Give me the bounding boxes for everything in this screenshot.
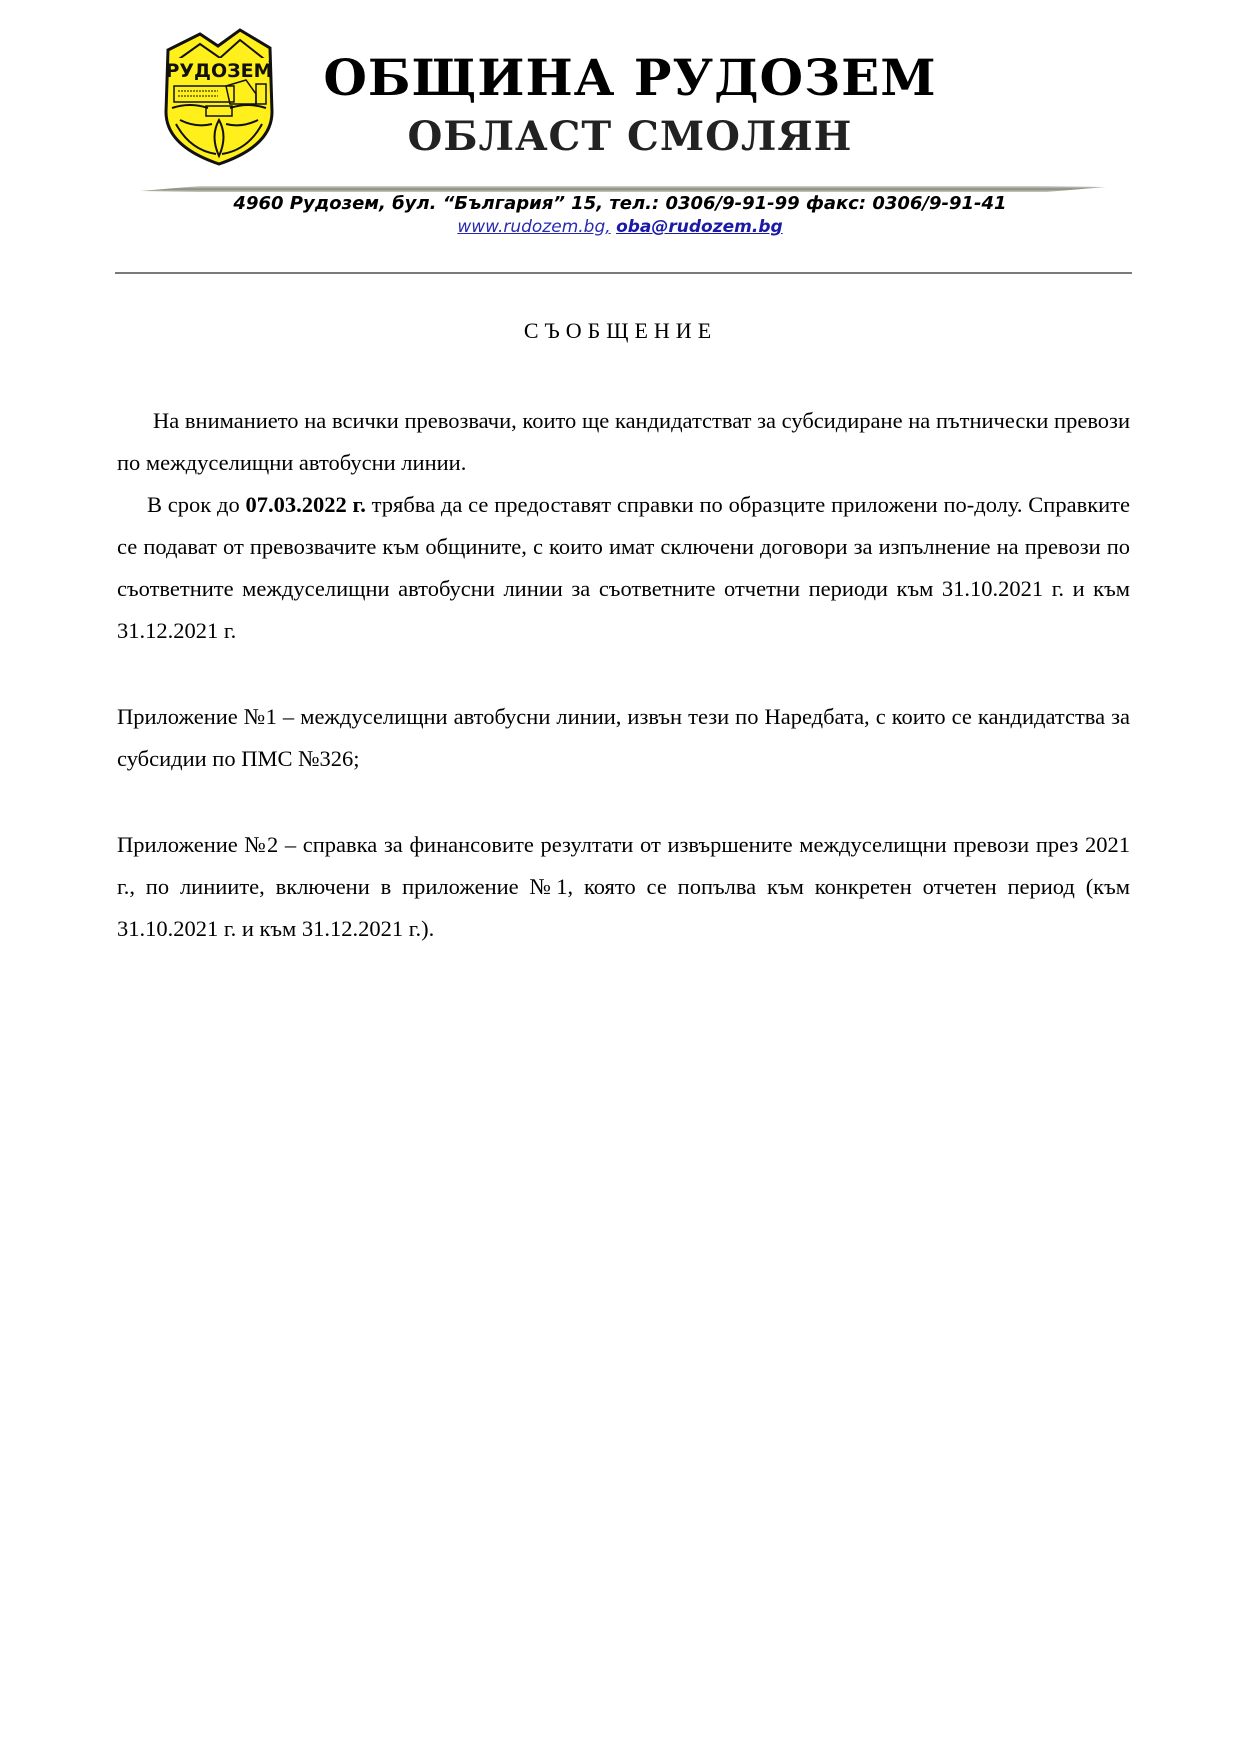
annex-1: Приложение №1 – междуселищни автобусни л… — [117, 696, 1130, 780]
municipality-title: ОБЩИНА РУДОЗЕМ — [320, 48, 940, 108]
divider — [115, 272, 1132, 274]
email-link[interactable]: oba@rudozem.bg — [616, 217, 783, 237]
document-body: На вниманието на всички превозвачи, коит… — [117, 400, 1130, 950]
contact-links: www.rudozem.bg, oba@rudozem.bg — [130, 217, 1110, 237]
svg-text:РУДОЗЕМ: РУДОЗЕМ — [165, 60, 272, 82]
annex-2: Приложение №2 – справка за финансовите р… — [117, 824, 1130, 950]
deadline-prefix: В срок до — [147, 492, 246, 517]
website-link[interactable]: www.rudozem.bg, — [457, 217, 610, 237]
deadline-date: 07.03.2022 г. — [246, 492, 366, 517]
header-separator — [140, 180, 1106, 188]
municipality-logo: РУДОЗЕМ — [160, 28, 278, 166]
paragraph-deadline: В срок до 07.03.2022 г. трябва да се пре… — [117, 484, 1130, 652]
document-heading: СЪОБЩЕНИЕ — [0, 318, 1241, 344]
region-subtitle: ОБЛАСТ СМОЛЯН — [320, 112, 940, 162]
paragraph-intro: На вниманието на всички превозвачи, коит… — [117, 400, 1130, 484]
contact-address: 4960 Рудозем, бул. “България” 15, тел.: … — [130, 193, 1110, 215]
coat-of-arms-icon: РУДОЗЕМ — [160, 28, 278, 166]
